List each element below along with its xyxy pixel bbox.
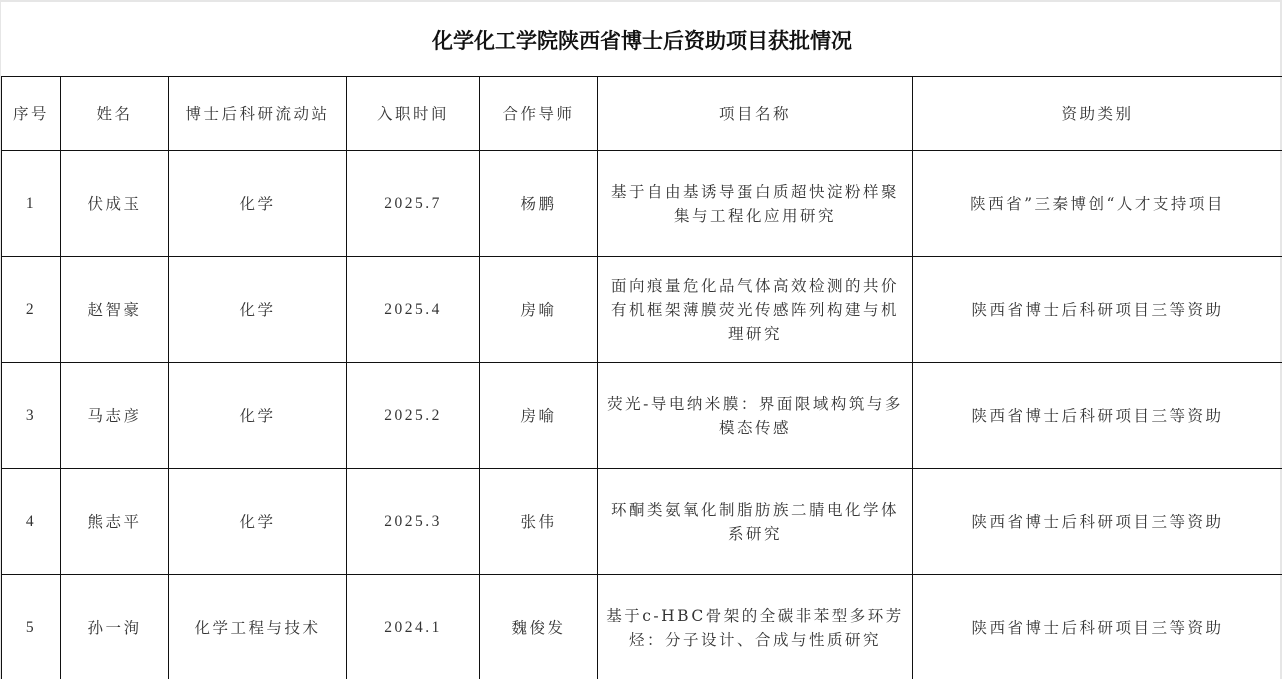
table-row: 3 马志彦 化学 2025.2 房喻 荧光-导电纳米膜：界面限域构筑与多模态传感… bbox=[2, 363, 1282, 469]
table-row: 2 赵智豪 化学 2025.4 房喻 面向痕量危化品气体高效检测的共价有机框架薄… bbox=[2, 257, 1282, 363]
cell-start-date: 2025.7 bbox=[347, 151, 480, 257]
cell-index: 2 bbox=[2, 257, 61, 363]
cell-project: 荧光-导电纳米膜：界面限域构筑与多模态传感 bbox=[598, 363, 913, 469]
cell-index: 3 bbox=[2, 363, 61, 469]
cell-start-date: 2025.4 bbox=[347, 257, 480, 363]
page-title: 化学化工学院陕西省博士后资助项目获批情况 bbox=[432, 25, 852, 55]
header-station: 博士后科研流动站 bbox=[169, 77, 347, 151]
cell-start-date: 2025.2 bbox=[347, 363, 480, 469]
cell-project: 基于自由基诱导蛋白质超快淀粉样聚集与工程化应用研究 bbox=[598, 151, 913, 257]
cell-advisor: 杨鹏 bbox=[480, 151, 598, 257]
header-index: 序号 bbox=[2, 77, 61, 151]
cell-station: 化学 bbox=[169, 469, 347, 575]
cell-funding: 陕西省博士后科研项目三等资助 bbox=[913, 257, 1282, 363]
cell-advisor: 张伟 bbox=[480, 469, 598, 575]
cell-project: 基于c-HBC骨架的全碳非苯型多环芳烃：分子设计、合成与性质研究 bbox=[598, 575, 913, 679]
cell-start-date: 2025.3 bbox=[347, 469, 480, 575]
cell-station: 化学 bbox=[169, 257, 347, 363]
cell-station: 化学 bbox=[169, 151, 347, 257]
cell-project: 面向痕量危化品气体高效检测的共价有机框架薄膜荧光传感阵列构建与机理研究 bbox=[598, 257, 913, 363]
cell-name: 马志彦 bbox=[61, 363, 169, 469]
cell-project: 环酮类氨氧化制脂肪族二腈电化学体系研究 bbox=[598, 469, 913, 575]
cell-name: 孙一洵 bbox=[61, 575, 169, 679]
table-header-row: 序号 姓名 博士后科研流动站 入职时间 合作导师 项目名称 资助类别 bbox=[2, 77, 1282, 151]
cell-index: 1 bbox=[2, 151, 61, 257]
document-sheet: 化学化工学院陕西省博士后资助项目获批情况 序号 姓名 博士后科研流动站 入职时间… bbox=[0, 0, 1282, 679]
cell-advisor: 魏俊发 bbox=[480, 575, 598, 679]
title-row: 化学化工学院陕西省博士后资助项目获批情况 bbox=[1, 2, 1282, 76]
cell-name: 赵智豪 bbox=[61, 257, 169, 363]
funding-table: 序号 姓名 博士后科研流动站 入职时间 合作导师 项目名称 资助类别 1 伏成玉… bbox=[1, 76, 1282, 679]
table-row: 1 伏成玉 化学 2025.7 杨鹏 基于自由基诱导蛋白质超快淀粉样聚集与工程化… bbox=[2, 151, 1282, 257]
header-advisor: 合作导师 bbox=[480, 77, 598, 151]
cell-name: 伏成玉 bbox=[61, 151, 169, 257]
cell-index: 4 bbox=[2, 469, 61, 575]
cell-funding: 陕西省”三秦博创“人才支持项目 bbox=[913, 151, 1282, 257]
header-name: 姓名 bbox=[61, 77, 169, 151]
cell-advisor: 房喻 bbox=[480, 363, 598, 469]
cell-station: 化学工程与技术 bbox=[169, 575, 347, 679]
cell-index: 5 bbox=[2, 575, 61, 679]
table-row: 4 熊志平 化学 2025.3 张伟 环酮类氨氧化制脂肪族二腈电化学体系研究 陕… bbox=[2, 469, 1282, 575]
cell-funding: 陕西省博士后科研项目三等资助 bbox=[913, 575, 1282, 679]
cell-start-date: 2024.1 bbox=[347, 575, 480, 679]
header-start-date: 入职时间 bbox=[347, 77, 480, 151]
cell-name: 熊志平 bbox=[61, 469, 169, 575]
header-funding: 资助类别 bbox=[913, 77, 1282, 151]
cell-funding: 陕西省博士后科研项目三等资助 bbox=[913, 363, 1282, 469]
table-row: 5 孙一洵 化学工程与技术 2024.1 魏俊发 基于c-HBC骨架的全碳非苯型… bbox=[2, 575, 1282, 679]
cell-advisor: 房喻 bbox=[480, 257, 598, 363]
cell-station: 化学 bbox=[169, 363, 347, 469]
header-project: 项目名称 bbox=[598, 77, 913, 151]
cell-funding: 陕西省博士后科研项目三等资助 bbox=[913, 469, 1282, 575]
